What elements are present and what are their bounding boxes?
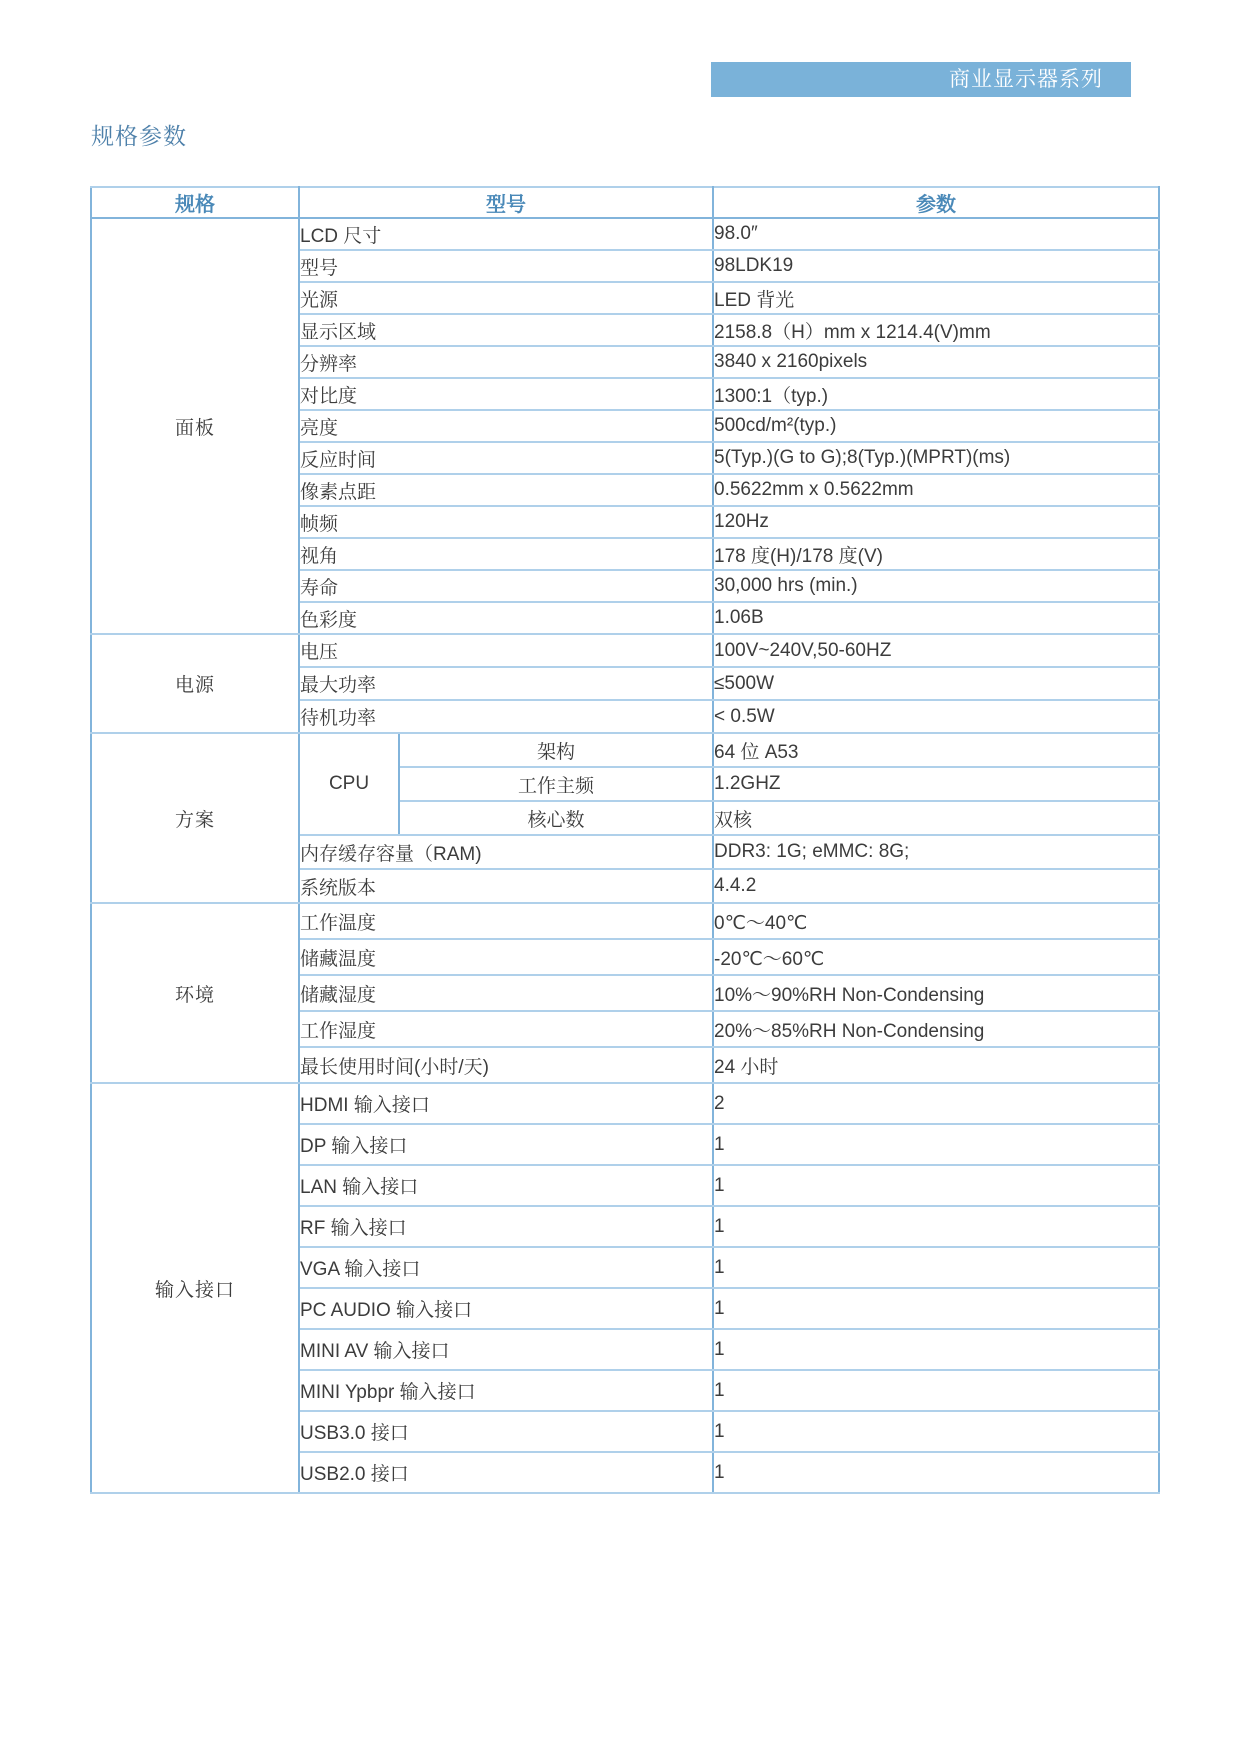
page-title: 规格参数 [91, 118, 187, 151]
row-label: 反应时间 [299, 442, 713, 474]
row-value: 1 [713, 1452, 1159, 1493]
row-label: 系统版本 [299, 869, 713, 903]
row-label: 工作湿度 [299, 1011, 713, 1047]
row-label: 储藏湿度 [299, 975, 713, 1011]
section-power: 电源 电压 100V~240V,50-60HZ 最大功率≤500W 待机功率< … [91, 634, 1159, 733]
row-value: 4.4.2 [713, 869, 1159, 903]
row-label: RF 输入接口 [299, 1206, 713, 1247]
row-value: < 0.5W [713, 700, 1159, 733]
header-cell-model: 型号 [299, 187, 713, 218]
row-value: 1 [713, 1124, 1159, 1165]
row-value: 双核 [713, 801, 1159, 835]
row-label: 分辨率 [299, 346, 713, 378]
row-label: 架构 [399, 733, 713, 767]
row-value: 10%～90%RH Non-Condensing [713, 975, 1159, 1011]
table-row: 面板 LCD 尺寸 98.0″ [91, 218, 1159, 250]
row-label: VGA 输入接口 [299, 1247, 713, 1288]
row-label: 色彩度 [299, 602, 713, 634]
row-label: 像素点距 [299, 474, 713, 506]
row-value: 2 [713, 1083, 1159, 1124]
spec-sheet-page: { "banner": { "label": "商业显示器系列" }, "pag… [0, 0, 1239, 1754]
spec-table: 规格 型号 参数 面板 LCD 尺寸 98.0″ 型号98LDK19 光源LED… [90, 186, 1160, 1494]
row-label: HDMI 输入接口 [299, 1083, 713, 1124]
header-cell-param: 参数 [713, 187, 1159, 218]
section-label-power: 电源 [91, 634, 299, 733]
row-label: 核心数 [399, 801, 713, 835]
row-value: 2158.8（H）mm x 1214.4(V)mm [713, 314, 1159, 346]
row-label: 亮度 [299, 410, 713, 442]
section-input-ports: 输入接口 HDMI 输入接口 2 DP 输入接口1 LAN 输入接口1 RF 输… [91, 1083, 1159, 1493]
section-environment: 环境 工作温度 0℃～40℃ 储藏温度-20℃～60℃ 储藏湿度10%～90%R… [91, 903, 1159, 1083]
row-label: MINI AV 输入接口 [299, 1329, 713, 1370]
row-value: ≤500W [713, 667, 1159, 700]
row-value: 1 [713, 1329, 1159, 1370]
row-label: 帧频 [299, 506, 713, 538]
row-value: 178 度(H)/178 度(V) [713, 538, 1159, 570]
table-header-row: 规格 型号 参数 [91, 187, 1159, 218]
table-row: 环境 工作温度 0℃～40℃ [91, 903, 1159, 939]
cpu-group-label: CPU [299, 733, 399, 835]
row-label: LCD 尺寸 [299, 218, 713, 250]
section-label-input-ports: 输入接口 [91, 1083, 299, 1493]
section-panel: 面板 LCD 尺寸 98.0″ 型号98LDK19 光源LED 背光 显示区域2… [91, 218, 1159, 634]
row-value: LED 背光 [713, 282, 1159, 314]
row-value: 1 [713, 1165, 1159, 1206]
row-label: DP 输入接口 [299, 1124, 713, 1165]
row-label: 对比度 [299, 378, 713, 410]
row-label: USB3.0 接口 [299, 1411, 713, 1452]
row-value: 1.06B [713, 602, 1159, 634]
row-label: 显示区域 [299, 314, 713, 346]
row-label: USB2.0 接口 [299, 1452, 713, 1493]
row-label: 内存缓存容量（RAM) [299, 835, 713, 869]
table-row: 输入接口 HDMI 输入接口 2 [91, 1083, 1159, 1124]
section-label-environment: 环境 [91, 903, 299, 1083]
row-value: 98.0″ [713, 218, 1159, 250]
row-value: 1 [713, 1206, 1159, 1247]
row-value: 0℃～40℃ [713, 903, 1159, 939]
row-label: MINI Ypbpr 输入接口 [299, 1370, 713, 1411]
row-label: 最大功率 [299, 667, 713, 700]
series-banner-label: 商业显示器系列 [949, 68, 1103, 91]
row-label: 视角 [299, 538, 713, 570]
section-solution: 方案 CPU 架构 64 位 A53 工作主频1.2GHZ 核心数双核 内存缓存… [91, 733, 1159, 903]
row-label: 光源 [299, 282, 713, 314]
row-value: 5(Typ.)(G to G);8(Typ.)(MPRT)(ms) [713, 442, 1159, 474]
table-row: 方案 CPU 架构 64 位 A53 [91, 733, 1159, 767]
row-label: LAN 输入接口 [299, 1165, 713, 1206]
spec-table-head: 规格 型号 参数 [91, 187, 1159, 218]
row-label: 储藏温度 [299, 939, 713, 975]
row-value: 1 [713, 1411, 1159, 1452]
row-value: 30,000 hrs (min.) [713, 570, 1159, 602]
row-label: 最长使用时间(小时/天) [299, 1047, 713, 1083]
row-value: 20%～85%RH Non-Condensing [713, 1011, 1159, 1047]
row-value: 1 [713, 1288, 1159, 1329]
row-label: 寿命 [299, 570, 713, 602]
row-label: 型号 [299, 250, 713, 282]
row-label: PC AUDIO 输入接口 [299, 1288, 713, 1329]
row-value: 1.2GHZ [713, 767, 1159, 801]
row-value: 0.5622mm x 0.5622mm [713, 474, 1159, 506]
row-label: 工作主频 [399, 767, 713, 801]
row-value: DDR3: 1G; eMMC: 8G; [713, 835, 1159, 869]
table-row: 电源 电压 100V~240V,50-60HZ [91, 634, 1159, 667]
row-value: 1300:1（typ.) [713, 378, 1159, 410]
row-label: 电压 [299, 634, 713, 667]
row-value: 1 [713, 1247, 1159, 1288]
row-value: -20℃～60℃ [713, 939, 1159, 975]
row-value: 64 位 A53 [713, 733, 1159, 767]
row-label: 工作温度 [299, 903, 713, 939]
row-label: 待机功率 [299, 700, 713, 733]
row-value: 1 [713, 1370, 1159, 1411]
row-value: 3840 x 2160pixels [713, 346, 1159, 378]
row-value: 100V~240V,50-60HZ [713, 634, 1159, 667]
section-label-panel: 面板 [91, 218, 299, 634]
row-value: 98LDK19 [713, 250, 1159, 282]
section-label-solution: 方案 [91, 733, 299, 903]
row-value: 24 小时 [713, 1047, 1159, 1083]
series-banner: 商业显示器系列 [711, 62, 1131, 97]
header-cell-spec: 规格 [91, 187, 299, 218]
row-value: 120Hz [713, 506, 1159, 538]
row-value: 500cd/m²(typ.) [713, 410, 1159, 442]
